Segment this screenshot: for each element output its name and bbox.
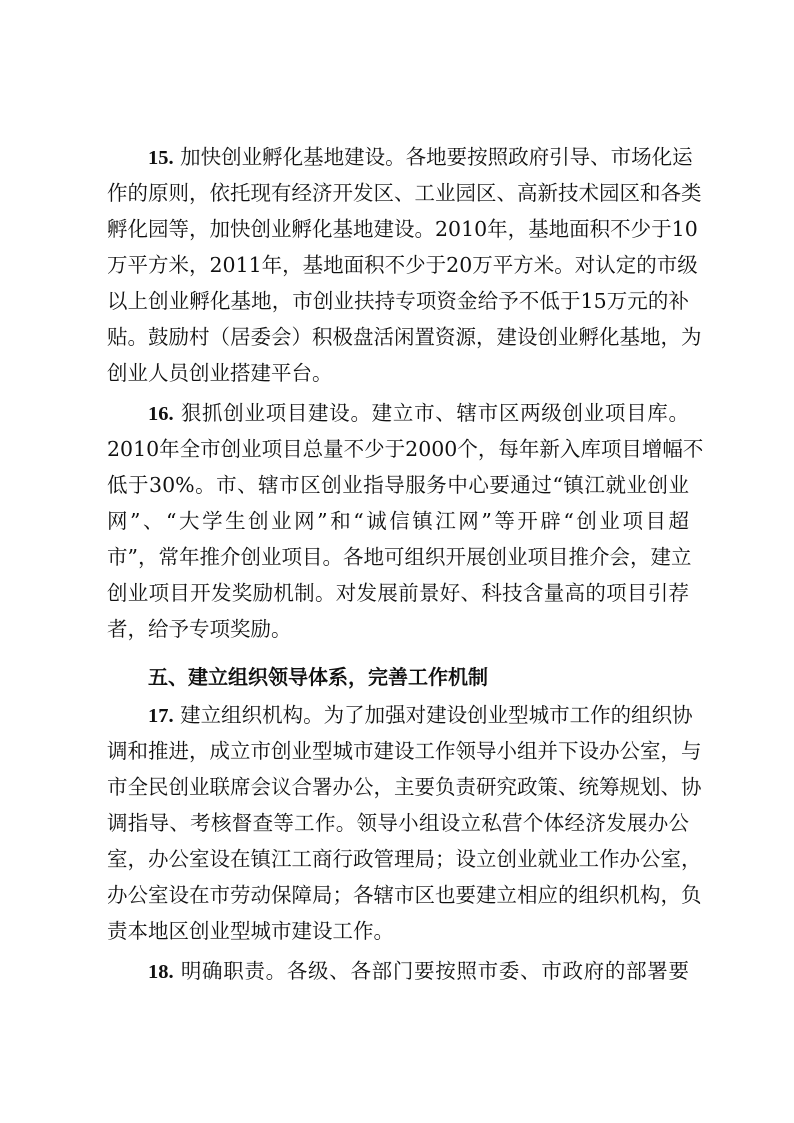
item-number: 18.: [148, 961, 174, 983]
paragraph-15: 15. 加快创业孵化基地建设。各地要按照政府引导、市场化运 作的原则，依托现有经…: [107, 139, 689, 391]
text-line: 责本地区创业型城市建设工作。: [107, 913, 689, 949]
paragraph-first-line: 15. 加快创业孵化基地建设。各地要按照政府引导、市场化运: [107, 139, 689, 175]
paragraph-first-line: 17. 建立组织机构。为了加强对建设创业型城市工作的组织协: [107, 697, 689, 733]
text-line: 作的原则，依托现有经济开发区、工业园区、高新技术园区和各类: [107, 175, 689, 211]
text-line: 创业项目开发奖励机制。对发展前景好、科技含量高的项目引荐: [107, 575, 689, 611]
text-line: 网”、“大学生创业网”和“诚信镇江网”等开辟“创业项目超: [107, 503, 689, 539]
text-line: 为了加强对建设创业型城市工作的组织协: [324, 703, 693, 727]
section-heading: 五、建立组织领导体系，完善工作机制: [107, 659, 689, 695]
text-line: 室，办公室设在镇江工商行政管理局；设立创业就业工作办公室，: [107, 841, 689, 877]
paragraph-17: 17. 建立组织机构。为了加强对建设创业型城市工作的组织协 调和推进，成立市创业…: [107, 697, 689, 949]
text-line: 办公室设在市劳动保障局；各辖市区也要建立相应的组织机构，负: [107, 877, 689, 913]
text-line: 2010年全市创业项目总量不少于2000个，每年新入库项目增幅不: [107, 431, 689, 467]
text-line: 万平方米，2011年，基地面积不少于20万平方米。对认定的市级: [107, 247, 689, 283]
item-number: 16.: [148, 403, 174, 425]
text-line: 创业人员创业搭建平台。: [107, 355, 689, 391]
item-number: 17.: [148, 705, 174, 727]
text-line: 低于30%。市、辖市区创业指导服务中心要通过“镇江就业创业: [107, 467, 689, 503]
paragraph-first-line: 18. 明确职责。各级、各部门要按照市委、市政府的部署要: [107, 953, 689, 989]
text-line: 者，给予专项奖励。: [107, 611, 689, 647]
text-line: 调和推进，成立市创业型城市建设工作领导小组并下设办公室，与: [107, 733, 689, 769]
text-line: 以上创业孵化基地，市创业扶持专项资金给予不低于15万元的补: [107, 283, 689, 319]
paragraph-16: 16. 狠抓创业项目建设。建立市、辖市区两级创业项目库。 2010年全市创业项目…: [107, 395, 689, 647]
text-line: 建立市、辖市区两级创业项目库。: [372, 401, 689, 425]
text-line: 贴。鼓励村（居委会）积极盘活闲置资源，建设创业孵化基地，为: [107, 319, 689, 355]
document-page: 15. 加快创业孵化基地建设。各地要按照政府引导、市场化运 作的原则，依托现有经…: [107, 139, 689, 989]
text-line: 各地要按照政府引导、市场化运: [406, 145, 693, 169]
item-number: 15.: [148, 147, 174, 169]
text-line: 孵化园等，加快创业孵化基地建设。2010年，基地面积不少于10: [107, 211, 689, 247]
item-title: 狠抓创业项目建设。: [181, 401, 372, 425]
text-line: 各级、各部门要按照市委、市政府的部署要: [287, 959, 689, 983]
text-line: 市全民创业联席会议合署办公，主要负责研究政策、统筹规划、协: [107, 769, 689, 805]
item-title: 明确职责。: [181, 959, 287, 983]
paragraph-18: 18. 明确职责。各级、各部门要按照市委、市政府的部署要: [107, 953, 689, 989]
paragraph-first-line: 16. 狠抓创业项目建设。建立市、辖市区两级创业项目库。: [107, 395, 689, 431]
item-title: 加快创业孵化基地建设。: [180, 145, 406, 169]
text-line: 市”，常年推介创业项目。各地可组织开展创业项目推介会，建立: [107, 539, 689, 575]
item-title: 建立组织机构。: [180, 703, 324, 727]
text-line: 调指导、考核督查等工作。领导小组设立私营个体经济发展办公: [107, 805, 689, 841]
